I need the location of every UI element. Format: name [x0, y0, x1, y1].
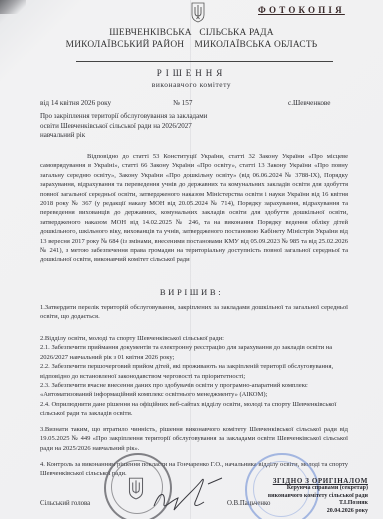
council-name: ШЕВЧЕНКІВСЬКА СІЛЬСЬКА РАДА — [0, 28, 383, 38]
item-1: 1.Затвердити перелік територій обслугову… — [40, 303, 348, 322]
decision-subject: Про закріплення території обслуговування… — [40, 112, 210, 141]
decision-subtitle: виконавчого комітету — [0, 80, 383, 89]
decision-date: від 14 квітня 2026 року — [40, 99, 111, 107]
item-3: 3.Визнати таким, що втратило чинність, р… — [40, 425, 348, 453]
certification-line-3: Т.І.Позняк — [262, 500, 368, 507]
decision-title: РІШЕННЯ — [0, 68, 383, 78]
decision-place: с.Шевченкове — [288, 99, 330, 107]
decision-number: № 157 — [173, 99, 192, 107]
seal-trident-icon — [126, 476, 146, 500]
signer-role: Сільський голова — [40, 500, 90, 507]
certification-block: ЗГІДНО З ОРИГІНАЛОМ Керуюча справами (се… — [262, 478, 368, 515]
certification-line-2: виконавчого комітету сільської ради — [262, 493, 368, 500]
item-2-heading: 2.Відділу освіти, молоді та спорту Шевче… — [40, 334, 348, 343]
document-page: ФОТОКОПІЯ ШЕВЧЕНКІВСЬКА СІЛЬСЬКА РАДА МИ… — [0, 0, 383, 519]
scan-corner-shadow — [0, 0, 26, 14]
preamble-paragraph: Відповідно до статті 53 Конституції Укра… — [40, 152, 348, 265]
certification-line-4: 20.04.2026 року — [262, 508, 368, 515]
handwritten-signature — [150, 470, 230, 516]
certification-line-1: Керуюча справами (секретар) — [262, 485, 368, 492]
item-2-1: 2.1. Забезпечити приймання документів та… — [40, 343, 348, 362]
coat-of-arms-icon — [190, 1, 206, 23]
item-2: 2.Відділу освіти, молоді та спорту Шевче… — [40, 334, 348, 419]
header-divider — [76, 61, 333, 62]
photocopy-mark: ФОТОКОПІЯ — [258, 5, 345, 15]
item-2-2: 2.2. Забезпечити першочерговий прийом ді… — [40, 362, 348, 381]
item-2-3: 2.3. Забезпечити вчасне внесення даних п… — [40, 381, 348, 400]
council-region: МИКОЛАЇВСЬКИЙ РАЙОН МИКОЛАЇВСЬКА ОБЛАСТЬ — [0, 40, 383, 50]
resolved-heading: ВИРІШИВ: — [0, 287, 383, 297]
item-2-4: 2.4. Оприлюднити дане рішення на офіційн… — [40, 400, 348, 419]
